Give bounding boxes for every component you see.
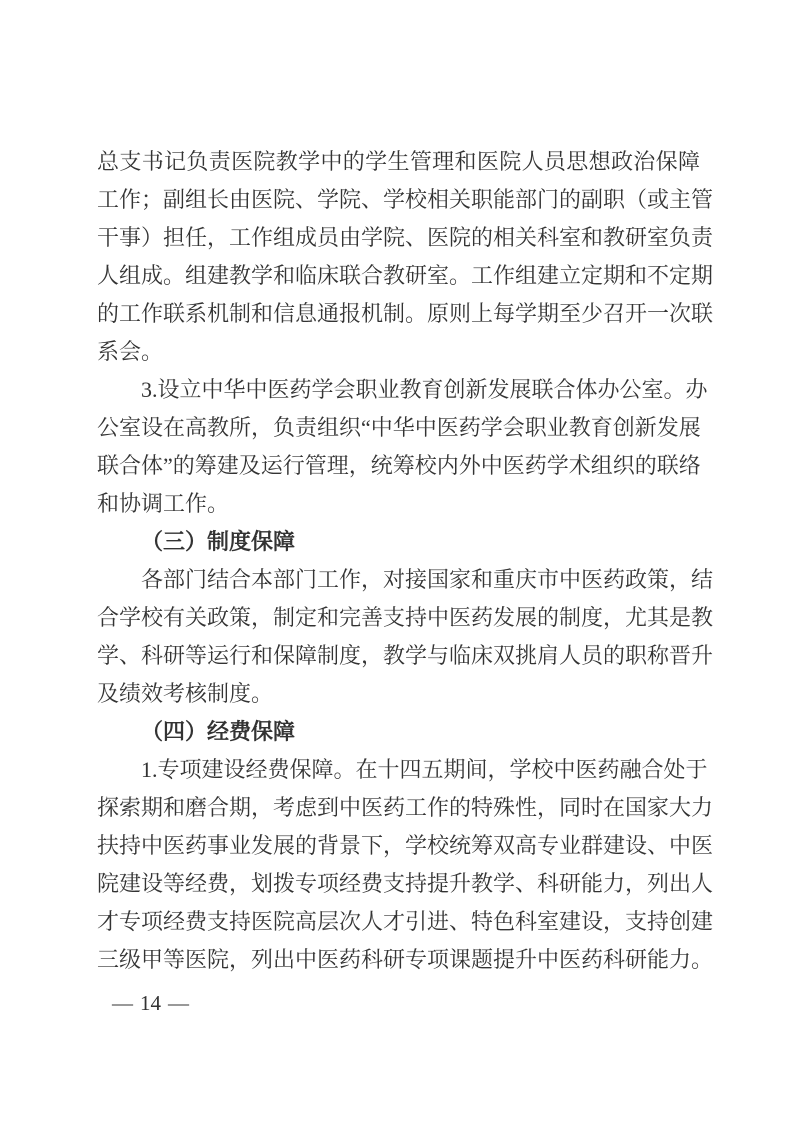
text-line: 学、科研等运行和保障制度，教学与临床双挑肩人员的职称晋升	[97, 637, 700, 675]
text-line: 干事）担任，工作组成员由学院、医院的相关科室和教研室负责	[97, 219, 700, 257]
page-number-footer: — 14 —	[112, 984, 189, 1022]
text-line: 三级甲等医院，列出中医药科研专项课题提升中医药科研能力。	[97, 941, 700, 979]
text-line: 各部门结合本部门工作，对接国家和重庆市中医药政策，结	[97, 561, 700, 599]
text-line: 合学校有关政策，制定和完善支持中医药发展的制度，尤其是教	[97, 599, 700, 637]
text-line: 才专项经费支持医院高层次人才引进、特色科室建设，支持创建	[97, 903, 700, 941]
page-number-value: 14	[140, 991, 161, 1016]
text-line: 扶持中医药事业发展的背景下，学校统筹双高专业群建设、中医	[97, 827, 700, 865]
text-line: 和协调工作。	[97, 485, 700, 523]
text-line: 探索期和磨合期，考虑到中医药工作的特殊性，同时在国家大力	[97, 789, 700, 827]
text-line: 工作；副组长由医院、学院、学校相关职能部门的副职（或主管	[97, 181, 700, 219]
document-page: 总支书记负责医院教学中的学生管理和医院人员思想政治保障工作；副组长由医院、学院、…	[0, 0, 794, 1123]
text-line: 及绩效考核制度。	[97, 675, 700, 713]
text-line: 的工作联系机制和信息通报机制。原则上每学期至少召开一次联	[97, 295, 700, 333]
text-line: 联合体”的筹建及运行管理，统筹校内外中医药学术组织的联络	[97, 447, 700, 485]
text-line: 1.专项建设经费保障。在十四五期间，学校中医药融合处于	[97, 751, 700, 789]
section-heading: （四）经费保障	[97, 713, 700, 751]
page-number-dash-right: —	[168, 991, 189, 1016]
text-line: 3.设立中华中医药学会职业教育创新发展联合体办公室。办	[97, 371, 700, 409]
section-heading: （三）制度保障	[97, 523, 700, 561]
text-line: 公室设在高教所，负责组织“中华中医药学会职业教育创新发展	[97, 409, 700, 447]
text-line: 总支书记负责医院教学中的学生管理和医院人员思想政治保障	[97, 143, 700, 181]
text-line: 系会。	[97, 333, 700, 371]
document-body: 总支书记负责医院教学中的学生管理和医院人员思想政治保障工作；副组长由医院、学院、…	[97, 143, 700, 979]
page-number-dash-left: —	[112, 991, 133, 1016]
text-line: 院建设等经费，划拨专项经费支持提升教学、科研能力，列出人	[97, 865, 700, 903]
text-line: 人组成。组建教学和临床联合教研室。工作组建立定期和不定期	[97, 257, 700, 295]
